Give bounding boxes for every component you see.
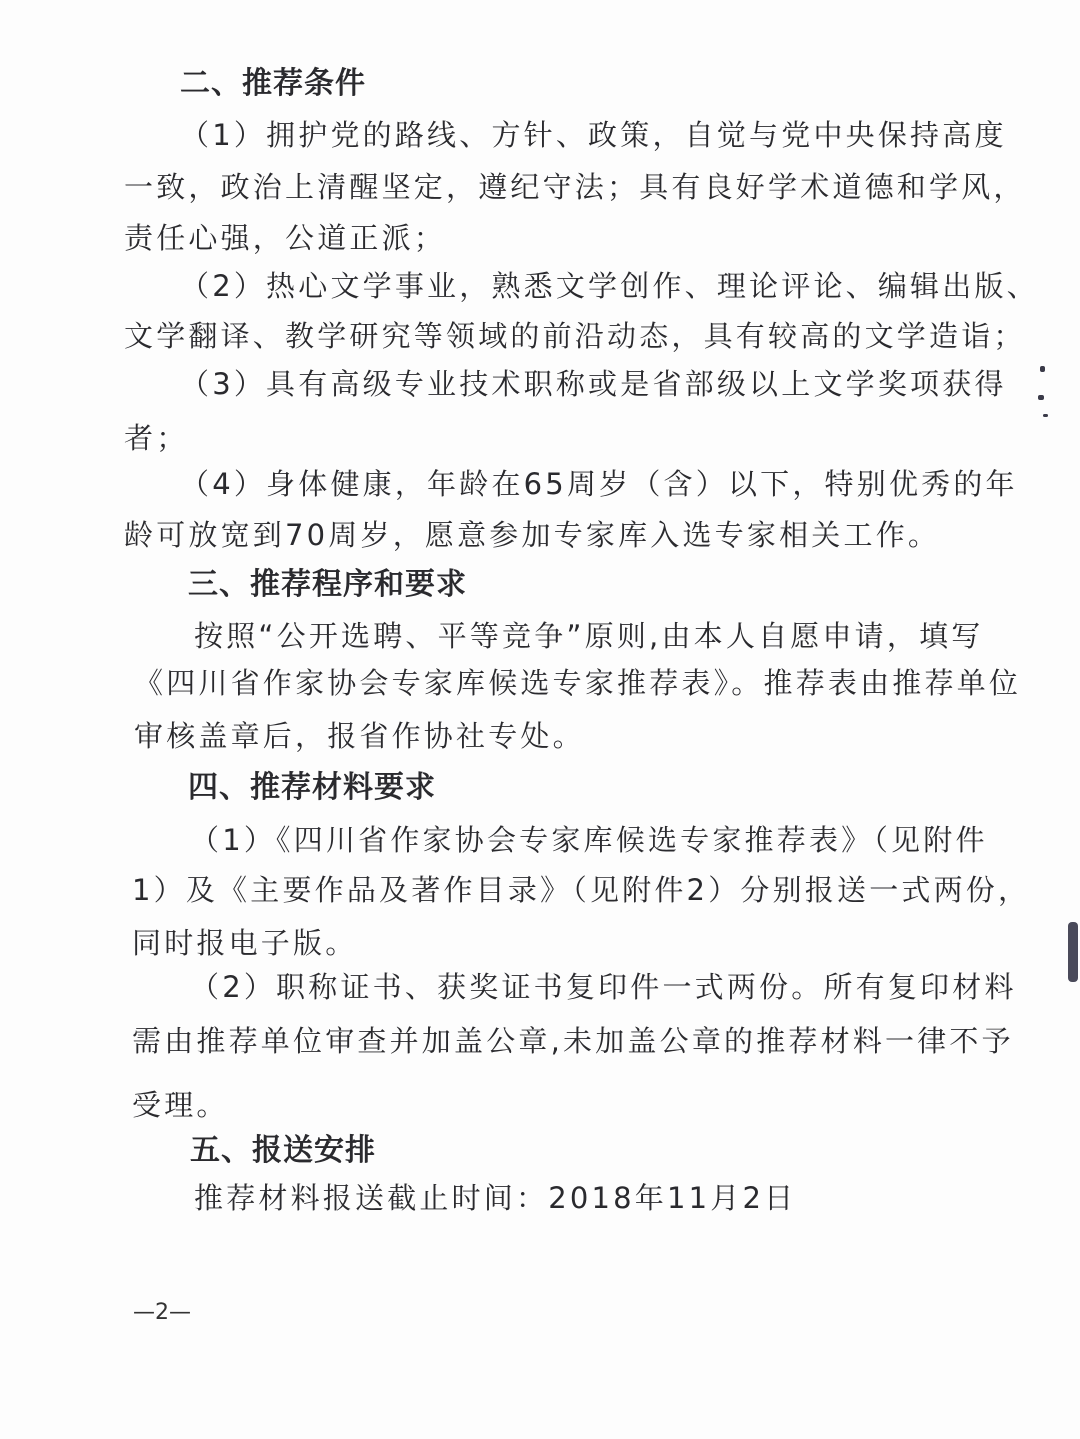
- paragraph-line: （3）具有高级专业技术职称或是省部级以上文学奖项获得: [180, 366, 1007, 402]
- paragraph-line: 推荐材料报送截止时间：2018年11月2日: [194, 1180, 796, 1216]
- paragraph-line: 同时报电子版。: [132, 925, 357, 961]
- paragraph-line: 需由推荐单位审查并加盖公章,未加盖公章的推荐材料一律不予: [132, 1023, 1014, 1059]
- scan-speck: [1068, 922, 1078, 982]
- paragraph-line: 1）及《主要作品及著作目录》（见附件2）分别报送一式两份，: [132, 872, 1030, 908]
- paragraph-line: 龄可放宽到70周岁，愿意参加专家库入选专家相关工作。: [124, 517, 940, 553]
- paragraph-line: （2）热心文学事业，熟悉文学创作、理论评论、编辑出版、: [180, 268, 1039, 304]
- paragraph-line: （4）身体健康，年龄在65周岁（含）以下，特别优秀的年: [180, 466, 1018, 502]
- section-heading-4: 四、推荐材料要求: [188, 770, 436, 806]
- paragraph-line: 《四川省作家协会专家库候选专家推荐表》。推荐表由推荐单位: [134, 665, 1021, 701]
- paragraph-line: 者；: [124, 420, 188, 456]
- paragraph-line: 责任心强，公道正派；: [124, 220, 446, 256]
- page-number: —2—: [133, 1300, 191, 1325]
- paragraph-line: （1）《四川省作家协会专家库候选专家推荐表》（见附件: [190, 822, 988, 858]
- paragraph-line: （1）拥护党的路线、方针、政策，自觉与党中央保持高度: [180, 117, 1007, 153]
- paragraph-line: 文学翻译、教学研究等领域的前沿动态，具有较高的文学造诣；: [124, 318, 1026, 354]
- scan-speck: [1040, 366, 1045, 372]
- section-heading-2: 二、推荐条件: [180, 66, 366, 102]
- section-heading-3: 三、推荐程序和要求: [188, 567, 467, 603]
- paragraph-line: （2）职称证书、获奖证书复印件一式两份。所有复印材料: [190, 969, 1017, 1005]
- document-page: 二、推荐条件 （1）拥护党的路线、方针、政策，自觉与党中央保持高度 一致，政治上…: [0, 0, 1080, 1439]
- scan-speck: [1043, 414, 1048, 417]
- scan-speck: [1038, 395, 1044, 400]
- section-heading-5: 五、报送安排: [190, 1133, 376, 1169]
- paragraph-line: 受理。: [132, 1087, 229, 1123]
- paragraph-line: 按照“公开选聘、平等竞争”原则,由本人自愿申请，填写: [194, 618, 983, 654]
- paragraph-line: 一致，政治上清醒坚定，遵纪守法；具有良好学术道德和学风，: [124, 169, 1026, 205]
- paragraph-line: 审核盖章后，报省作协社专处。: [134, 718, 585, 754]
